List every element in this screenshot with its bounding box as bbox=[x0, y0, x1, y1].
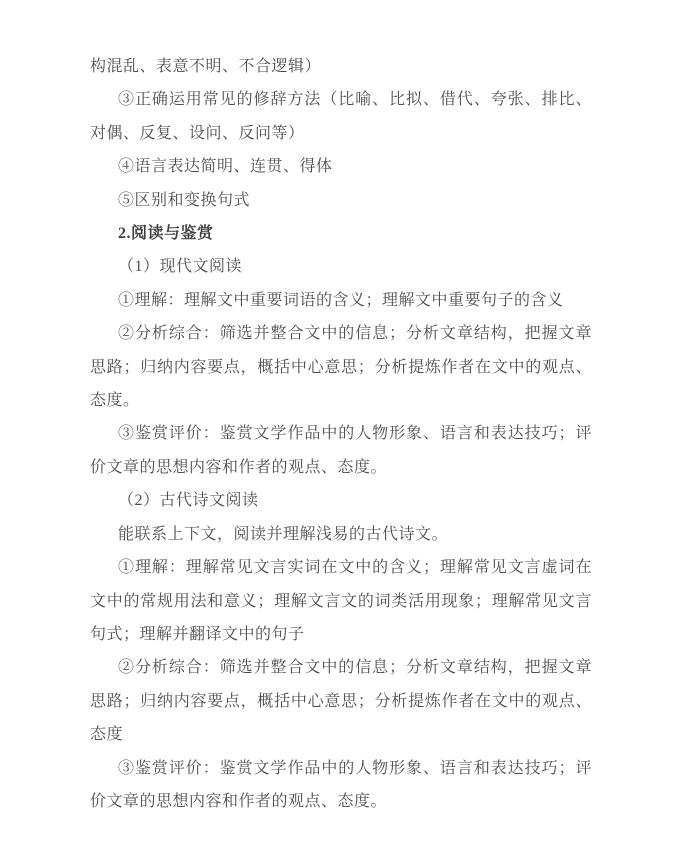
text-line: ⑤区别和变换句式 bbox=[90, 184, 592, 217]
text-line: ③鉴赏评价：鉴赏文学作品中的人物形象、语言和表达技巧；评 bbox=[90, 417, 592, 450]
text-line: 构混乱、表意不明、不合逻辑） bbox=[90, 50, 592, 83]
text-line: （1）现代文阅读 bbox=[90, 250, 592, 283]
text-line: 思路；归纳内容要点，概括中心意思；分析提炼作者在文中的观点、 bbox=[90, 351, 592, 384]
section-heading: 2.阅读与鉴赏 bbox=[90, 217, 592, 250]
text-line: （2）古代诗文阅读 bbox=[90, 484, 592, 517]
text-line: 文中的常规用法和意义；理解文言文的词类活用现象；理解常见文言 bbox=[90, 585, 592, 618]
text-line: 思路；归纳内容要点，概括中心意思；分析提炼作者在文中的观点、 bbox=[90, 685, 592, 718]
text-line: ①理解：理解文中重要词语的含义；理解文中重要句子的含义 bbox=[90, 284, 592, 317]
text-line: ①理解：理解常见文言实词在文中的含义；理解常见文言虚词在 bbox=[90, 551, 592, 584]
document-page: 构混乱、表意不明、不合逻辑）③正确运用常见的修辞方法（比喻、比拟、借代、夸张、排… bbox=[0, 0, 682, 852]
text-line: 能联系上下文，阅读并理解浅易的古代诗文。 bbox=[90, 518, 592, 551]
text-line: 态度 bbox=[90, 718, 592, 751]
document-text-block: 构混乱、表意不明、不合逻辑）③正确运用常见的修辞方法（比喻、比拟、借代、夸张、排… bbox=[90, 50, 592, 818]
text-line: ③正确运用常见的修辞方法（比喻、比拟、借代、夸张、排比、 bbox=[90, 83, 592, 116]
text-line: 对偶、反复、设问、反问等） bbox=[90, 117, 592, 150]
text-line: 态度。 bbox=[90, 384, 592, 417]
text-line: ②分析综合：筛选并整合文中的信息；分析文章结构，把握文章 bbox=[90, 317, 592, 350]
text-line: 价文章的思想内容和作者的观点、态度。 bbox=[90, 451, 592, 484]
text-line: ②分析综合：筛选并整合文中的信息；分析文章结构，把握文章 bbox=[90, 651, 592, 684]
text-line: 句式；理解并翻译文中的句子 bbox=[90, 618, 592, 651]
text-line: ③鉴赏评价：鉴赏文学作品中的人物形象、语言和表达技巧；评 bbox=[90, 752, 592, 785]
text-line: 价文章的思想内容和作者的观点、态度。 bbox=[90, 785, 592, 818]
text-line: ④语言表达简明、连贯、得体 bbox=[90, 150, 592, 183]
